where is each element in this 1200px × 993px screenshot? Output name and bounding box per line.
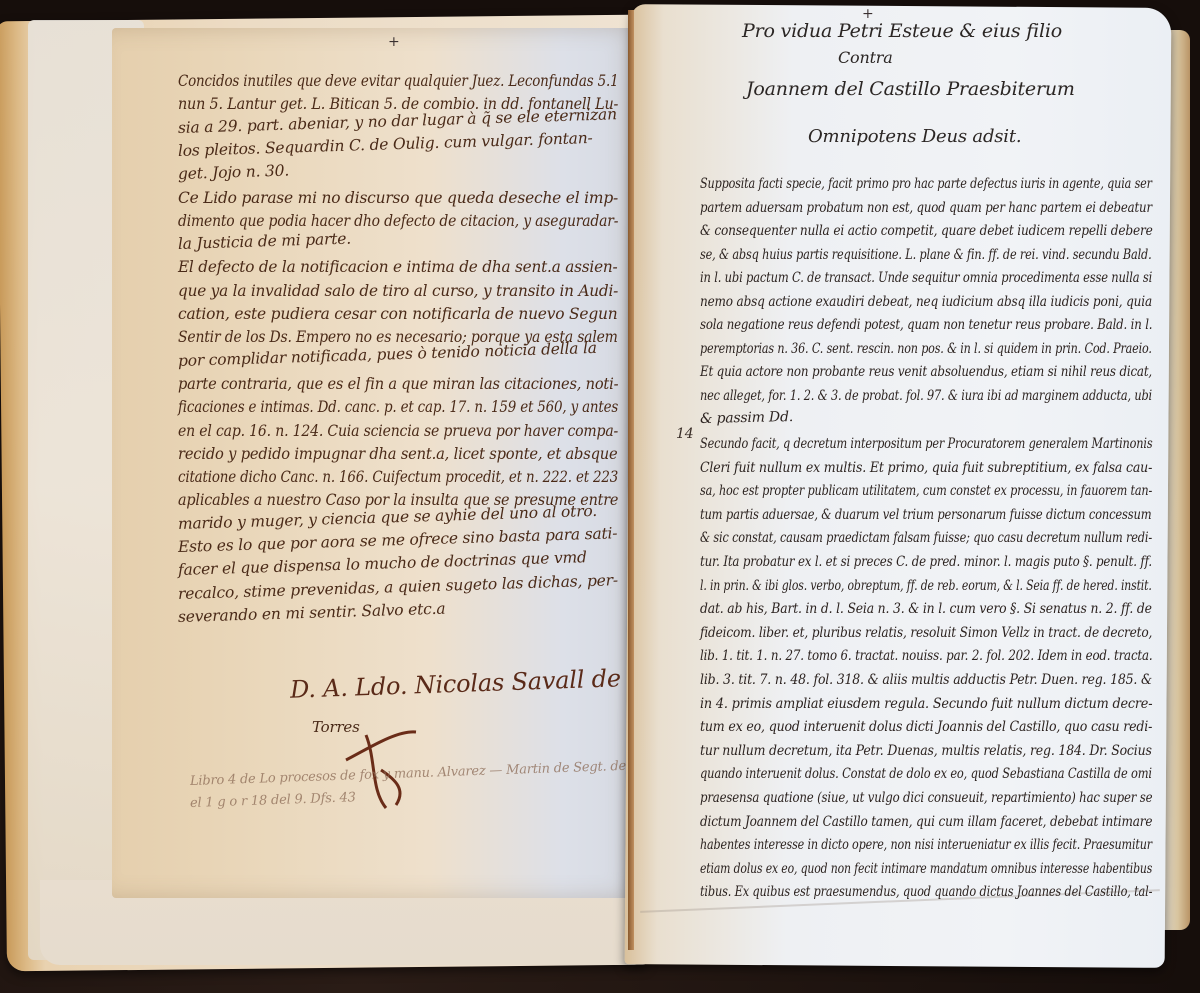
manuscript-line: en el cap. 16. n. 124. Cuia sciencia se … [178,422,618,440]
manuscript-line: Ce Lido parase mi no discurso que queda … [178,189,618,207]
manuscript-line: se, & absq huius partis requisitione. L.… [700,247,1152,263]
manuscript-line: tum ex eo, quod interuenit dolus dicti J… [700,719,1152,735]
manuscript-line: sa, hoc est propter publicam utilitatem,… [700,483,1152,499]
manuscript-line: dimento que podia hacer dho defecto de c… [178,212,618,230]
manuscript-line: ficaciones e intimas. Dd. canc. p. et ca… [178,398,618,416]
manuscript-line: parte contraria, que es el fin a que mir… [178,375,618,393]
manuscript-line: cation, este pudiera cesar con notificar… [178,305,617,323]
manuscript-line: nemo absq actione exaudiri debeat, neq i… [700,294,1152,310]
manuscript-line: nec alleget, for. 1. 2. & 3. de probat. … [700,388,1152,404]
manuscript-line: El defecto de la notificacion e intima d… [178,258,617,276]
manuscript-line: lib. 3. tit. 7. n. 48. fol. 318. & aliis… [700,672,1152,688]
margin-number: 14 [676,426,693,442]
manuscript-line: sola negatione reus defendi potest, quam… [700,317,1152,333]
invocation: Omnipotens Deus adsit. [808,126,1021,147]
manuscript-line: tum partis aduersae, & duarum vel trium … [700,507,1151,523]
manuscript-line: etiam dolus ex eo, quod non fecit intima… [700,861,1152,877]
manuscript-line: citatione dicho Canc. n. 166. Cuifectum … [178,468,618,486]
manuscript-line: dat. ab his, Bart. in d. l. Seia n. 3. &… [700,601,1152,617]
manuscript-line: partem aduersam probatum non est, quod q… [700,200,1152,216]
manuscript-line: fideicom. liber. et, pluribus relatis, r… [700,625,1152,641]
manuscript-line: & consequenter nulla ei actio competit, … [700,223,1153,239]
manuscript-line: dictum Joannem del Castillo tamen, qui c… [700,814,1152,830]
manuscript-line: in 4. primis ampliat eiusdem regula. Sec… [700,696,1152,712]
manuscript-line: lib. 1. tit. 1. n. 27. tomo 6. tractat. … [700,648,1152,664]
manuscript-line: Secundo facit, q decretum interpositum p… [700,436,1152,452]
heading-line-2: Contra [838,48,893,67]
manuscript-line: recido y pedido impugnar dha sent.a, lic… [178,445,618,463]
book-spine [628,10,634,950]
manuscript-line: praesensa quatione (siue, ut vulgo dici … [700,790,1152,806]
manuscript-line: get. Jojo n. 30. [178,162,290,183]
manuscript-line: in l. ubi pactum C. de transact. Unde se… [700,270,1152,286]
heading-line-3: Joannem del Castillo Praesbiterum [746,78,1075,100]
manuscript-line: & sic constat, causam praedictam falsam … [700,530,1152,546]
manuscript-line: Concidos inutiles que deve evitar qualqu… [178,72,618,90]
manuscript-line: tur. Ita probatur ex l. et si preces C. … [700,554,1152,570]
manuscript-line: quando interuenit dolus. Constat de dolo… [700,766,1152,782]
manuscript-line: Supposita facti specie, facit primo pro … [700,176,1152,192]
open-manuscript: + Concidos inutiles que deve evitar qual… [0,0,1200,993]
manuscript-line: Cleri fuit nullum ex multis. Et primo, q… [700,460,1152,476]
manuscript-line: habentes interesse in dicto opere, non n… [700,837,1152,853]
manuscript-line: Et quia actore non probante reus venit a… [700,364,1152,380]
manuscript-line: peremptorias n. 36. C. sent. rescin. non… [700,341,1152,357]
manuscript-line: tibus. Ex quibus est praesumendus, quod … [700,884,1152,900]
manuscript-line: & passim Dd. [700,409,793,427]
heading-line-1: Pro vidua Petri Esteue & eius filio [742,20,1062,42]
left-top-cross-mark: + [388,34,400,50]
manuscript-line: l. in prin. & ibi glos. verbo, obreptum,… [700,578,1152,594]
manuscript-line: tur nullum decretum, ita Petr. Duenas, m… [700,743,1152,759]
manuscript-line: que ya la invalidad salo de tiro al curs… [178,282,618,300]
